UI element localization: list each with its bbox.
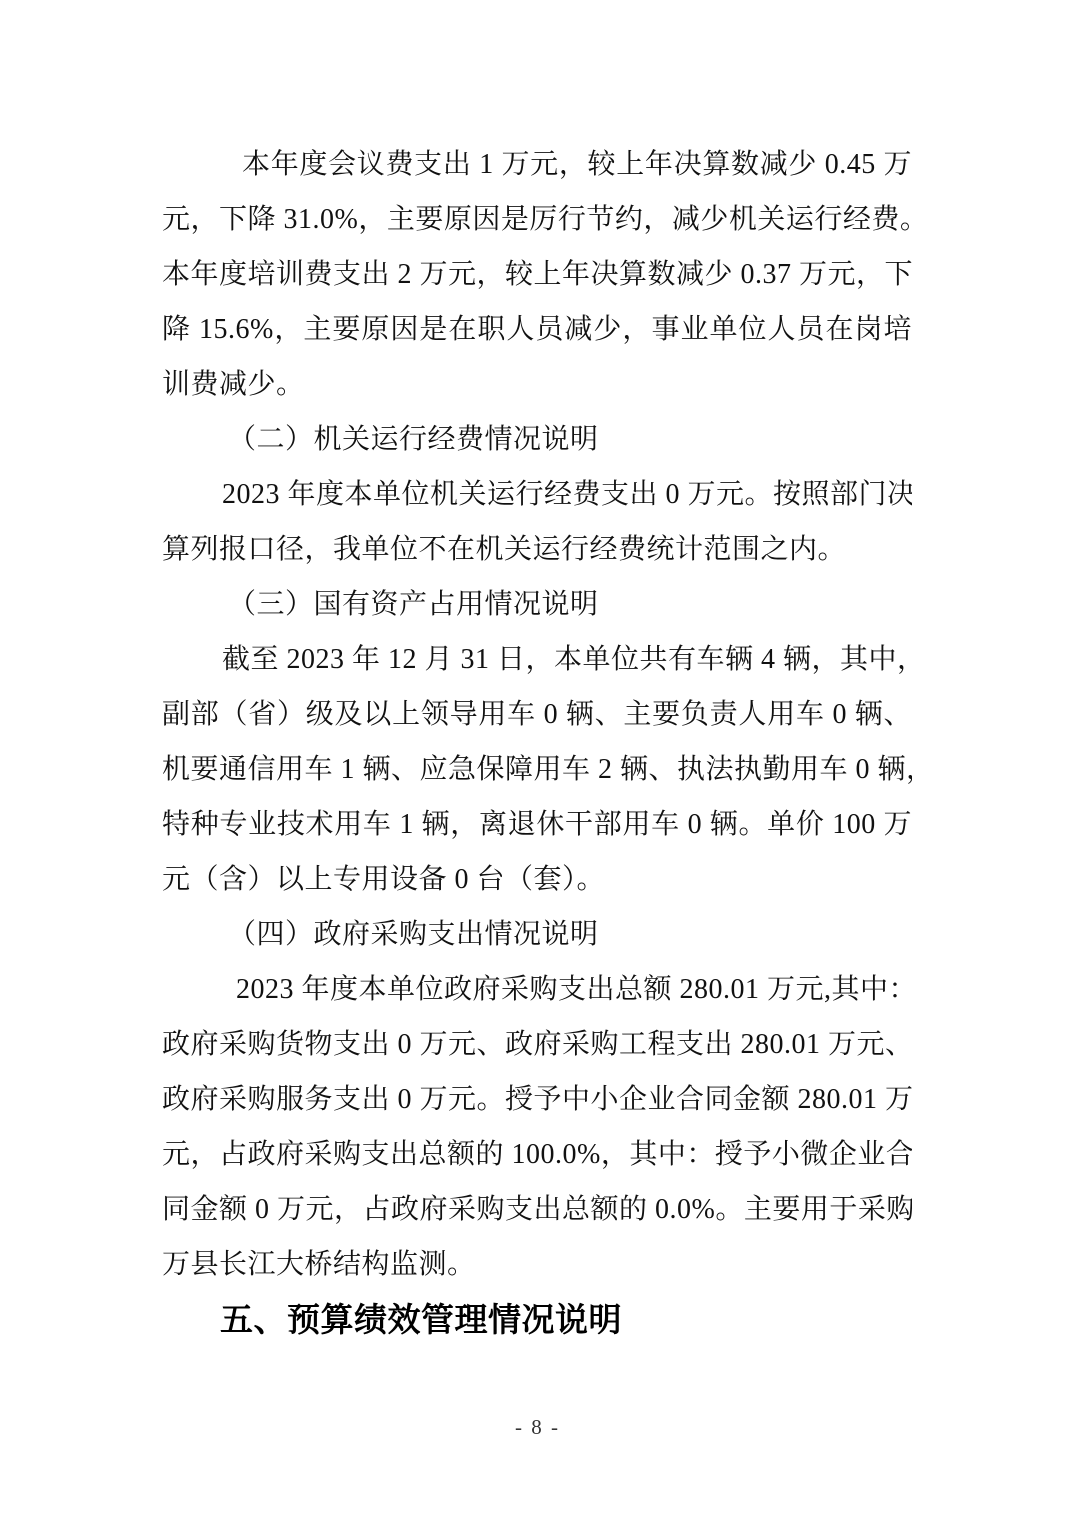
body-line: 元，下降 31.0%，主要原因是厉行节约，减少机关运行经费。: [162, 192, 912, 247]
document-page: 本年度会议费支出 1 万元，较上年决算数减少 0.45 万 元，下降 31.0%…: [0, 0, 1075, 1520]
subsection-heading-3: （三）国有资产占用情况说明: [162, 577, 912, 632]
body-line: 机要通信用车 1 辆、应急保障用车 2 辆、执法执勤用车 0 辆，: [162, 742, 912, 797]
page-number: - 8 -: [0, 1415, 1075, 1440]
body-line: 特种专业技术用车 1 辆，离退休干部用车 0 辆。单价 100 万: [162, 797, 912, 852]
body-line: 元，占政府采购支出总额的 100.0%，其中：授予小微企业合: [162, 1127, 912, 1182]
body-line: 2023 年度本单位机关运行经费支出 0 万元。按照部门决: [162, 467, 912, 522]
subsection-heading-2: （二）机关运行经费情况说明: [162, 412, 912, 467]
subsection-heading-4: （四）政府采购支出情况说明: [162, 907, 912, 962]
body-line: 训费减少。: [162, 357, 912, 412]
document-body: 本年度会议费支出 1 万元，较上年决算数减少 0.45 万 元，下降 31.0%…: [162, 137, 912, 1347]
body-line: 降 15.6%，主要原因是在职人员减少，事业单位人员在岗培: [162, 302, 912, 357]
body-line: 政府采购货物支出 0 万元、政府采购工程支出 280.01 万元、: [162, 1017, 912, 1072]
body-line: 副部（省）级及以上领导用车 0 辆、主要负责人用车 0 辆、: [162, 687, 912, 742]
body-line: 同金额 0 万元，占政府采购支出总额的 0.0%。主要用于采购: [162, 1182, 912, 1237]
body-line: 算列报口径，我单位不在机关运行经费统计范围之内。: [162, 522, 912, 577]
body-line: 元（含）以上专用设备 0 台（套）。: [162, 852, 912, 907]
body-line: 万县长江大桥结构监测。: [162, 1237, 912, 1292]
body-line: 本年度会议费支出 1 万元，较上年决算数减少 0.45 万: [162, 137, 912, 192]
section-heading-5: 五、预算绩效管理情况说明: [162, 1292, 912, 1347]
body-line: 2023 年度本单位政府采购支出总额 280.01 万元,其中：: [162, 962, 912, 1017]
body-line: 截至 2023 年 12 月 31 日，本单位共有车辆 4 辆，其中，: [162, 632, 912, 687]
body-line: 政府采购服务支出 0 万元。授予中小企业合同金额 280.01 万: [162, 1072, 912, 1127]
body-line: 本年度培训费支出 2 万元，较上年决算数减少 0.37 万元，下: [162, 247, 912, 302]
